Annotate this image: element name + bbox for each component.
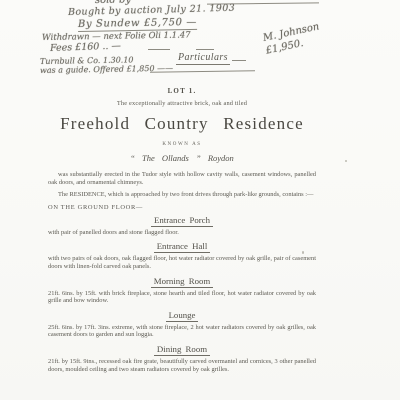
room-heading-text: Lounge — [166, 310, 199, 322]
room-heading: Lounge — [48, 310, 316, 320]
pen-stroke — [148, 49, 170, 50]
intro-paragraph-2: The RESIDENCE, which is approached by tw… — [48, 191, 316, 199]
section-lounge: Lounge 25ft. 6ins. by 17ft. 3ins. extrem… — [48, 310, 316, 339]
room-heading: Morning Room — [48, 276, 316, 286]
room-heading: Entrance Porch — [48, 215, 316, 225]
room-description: with two pairs of oak doors, oak flagged… — [48, 255, 316, 270]
scanned-page: sold by Bought by auction July 21. 1903 … — [0, 0, 400, 400]
page-title: Freehold Country Residence — [48, 114, 316, 134]
handwritten-line-fees: Fees £160 .. — — [50, 41, 121, 54]
pen-stroke — [150, 70, 255, 72]
pen-stroke — [232, 60, 246, 61]
room-description: 21ft. 6ins. by 15ft. with brick fireplac… — [48, 290, 316, 305]
property-name: “ The Ollands ” Roydon — [48, 153, 316, 163]
room-heading-text: Entrance Porch — [151, 215, 213, 227]
section-morning-room: Morning Room 21ft. 6ins. by 15ft. with b… — [48, 276, 316, 305]
scan-speck — [345, 160, 347, 162]
handwritten-price-note: M. Johnson £1,950. — [262, 20, 323, 57]
document-body: LOT 1. The exceptionally attractive bric… — [48, 87, 316, 378]
known-as-label: KNOWN AS — [48, 142, 316, 147]
ground-floor-label: ON THE GROUND FLOOR— — [48, 204, 316, 211]
room-heading: Dining Room — [48, 344, 316, 354]
particulars-label: Particulars — [176, 52, 230, 65]
room-heading: Entrance Hall — [48, 241, 316, 251]
section-entrance-porch: Entrance Porch with pair of panelled doo… — [48, 215, 316, 237]
intro-paragraph-1: was substantially erected in the Tudor s… — [48, 171, 316, 186]
handwritten-line-offer: was a guide. Offered £1,850 —— — [40, 64, 173, 75]
handwritten-line-auction: Bought by auction July 21. 1903 — [68, 3, 235, 18]
room-heading-text: Entrance Hall — [154, 241, 211, 253]
lead-in-line: The exceptionally attractive brick, oak … — [48, 100, 316, 107]
section-entrance-hall: Entrance Hall with two pairs of oak door… — [48, 241, 316, 270]
pen-stroke — [196, 49, 214, 50]
room-description: 21ft. by 15ft. 9ins., recessed oak fire … — [48, 358, 316, 373]
room-heading-text: Morning Room — [151, 276, 214, 288]
lot-label: LOT 1. — [48, 87, 316, 95]
room-heading-text: Dining Room — [154, 344, 210, 356]
room-description: 25ft. 6ins. by 17ft. 3ins. extreme, with… — [48, 324, 316, 339]
room-description: with pair of panelled doors and stone fl… — [48, 229, 316, 237]
section-dining-room: Dining Room 21ft. by 15ft. 9ins., recess… — [48, 344, 316, 373]
